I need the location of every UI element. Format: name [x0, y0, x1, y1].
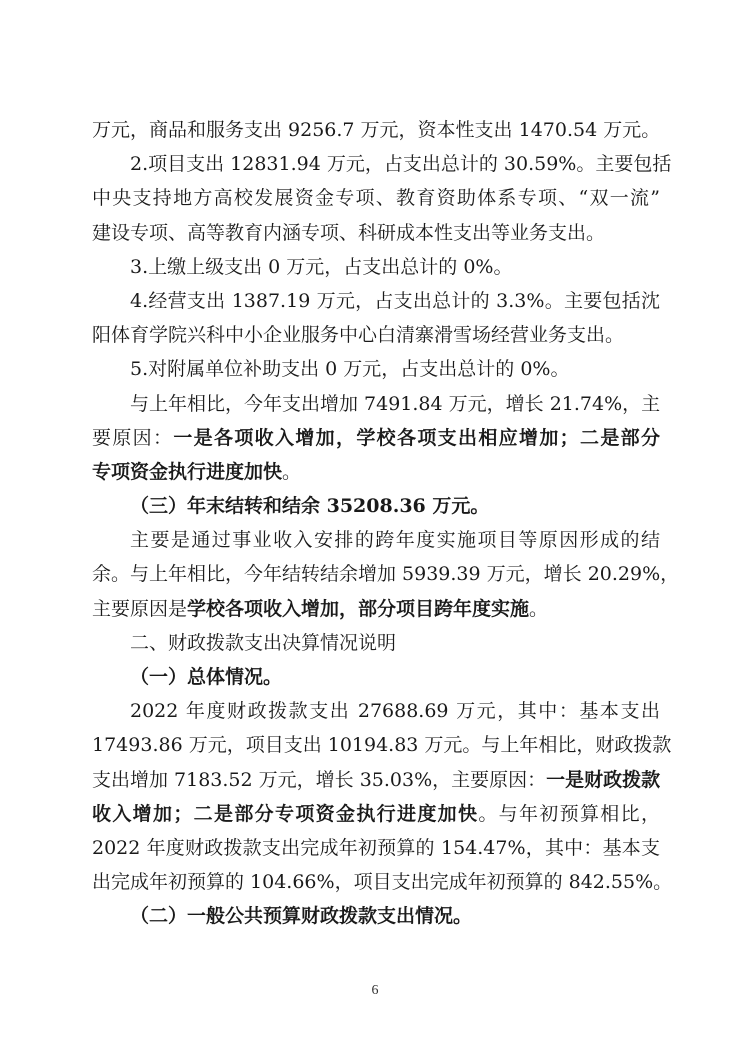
paragraph-line: 收入增加；二是部分专项资金执行进度加快。与年初预算相比，: [92, 797, 660, 831]
emphasis-text: 收入增加；二是部分专项资金执行进度加快: [92, 803, 478, 825]
section-heading-2: 二、财政拨款支出决算情况说明: [92, 626, 660, 660]
normal-text: 。: [529, 598, 548, 620]
paragraph-line: 建设专项、高等教育内涵专项、科研成本性支出等业务支出。: [92, 216, 660, 250]
paragraph-line: 主要是通过事业收入安排的跨年度实施项目等原因形成的结: [92, 523, 660, 557]
document-page: 万元，商品和服务支出 9256.7 万元，资本性支出 1470.54 万元。 2…: [92, 113, 660, 934]
paragraph-line: 专项资金执行进度加快。: [92, 455, 660, 489]
paragraph-line: 主要原因是学校各项收入增加，部分项目跨年度实施。: [92, 592, 660, 626]
paragraph-line: 要原因：一是各项收入增加，学校各项支出相应增加；二是部分: [92, 421, 660, 455]
paragraph-line: 4.经营支出 1387.19 万元，占支出总计的 3.3%。主要包括沈: [92, 284, 660, 318]
paragraph-line: 2.项目支出 12831.94 万元，占支出总计的 30.59%。主要包括: [92, 147, 660, 181]
normal-text: 要原因：: [92, 427, 173, 449]
normal-text: 。与年初预算相比，: [478, 803, 660, 825]
normal-text: 支出增加 7183.52 万元，增长 35.03%，主要原因：: [92, 769, 546, 791]
paragraph-line: 中央支持地方高校发展资金专项、教育资助体系专项、“双一流”: [92, 181, 660, 215]
paragraph-line: 余。与上年相比，今年结转结余增加 5939.39 万元，增长 20.29%，: [92, 557, 660, 591]
paragraph-line: 2022 年度财政拨款支出完成年初预算的 154.47%，其中：基本支: [92, 831, 660, 865]
section-heading-3: （三）年末结转和结余 35208.36 万元。: [92, 489, 660, 523]
paragraph-line: 阳体育学院兴科中小企业服务中心白清寨滑雪场经营业务支出。: [92, 318, 660, 352]
paragraph-line: 与上年相比，今年支出增加 7491.84 万元，增长 21.74%，主: [92, 387, 660, 421]
paragraph-line: 万元，商品和服务支出 9256.7 万元，资本性支出 1470.54 万元。: [92, 113, 660, 147]
paragraph-line: 3.上缴上级支出 0 万元，占支出总计的 0%。: [92, 250, 660, 284]
subsection-heading-2: （二）一般公共预算财政拨款支出情况。: [92, 899, 660, 933]
emphasis-text: 一是各项收入增加，学校各项支出相应增加；二是部分: [173, 427, 660, 449]
page-number: 6: [0, 983, 750, 999]
emphasis-text: 学校各项收入增加，部分项目跨年度实施: [187, 598, 529, 620]
emphasis-text: 专项资金执行进度加快: [92, 461, 282, 483]
paragraph-line: 出完成年初预算的 104.66%，项目支出完成年初预算的 842.55%。: [92, 865, 660, 899]
subsection-heading-1: （一）总体情况。: [92, 660, 660, 694]
paragraph-line: 支出增加 7183.52 万元，增长 35.03%，主要原因：一是财政拨款: [92, 763, 660, 797]
normal-text: 主要原因是: [92, 598, 187, 620]
paragraph-line: 17493.86 万元，项目支出 10194.83 万元。与上年相比，财政拨款: [92, 728, 660, 762]
paragraph-line: 5.对附属单位补助支出 0 万元，占支出总计的 0%。: [92, 352, 660, 386]
normal-text: 。: [282, 461, 301, 483]
emphasis-text: 一是财政拨款: [546, 769, 660, 791]
paragraph-line: 2022 年度财政拨款支出 27688.69 万元，其中：基本支出: [92, 694, 660, 728]
